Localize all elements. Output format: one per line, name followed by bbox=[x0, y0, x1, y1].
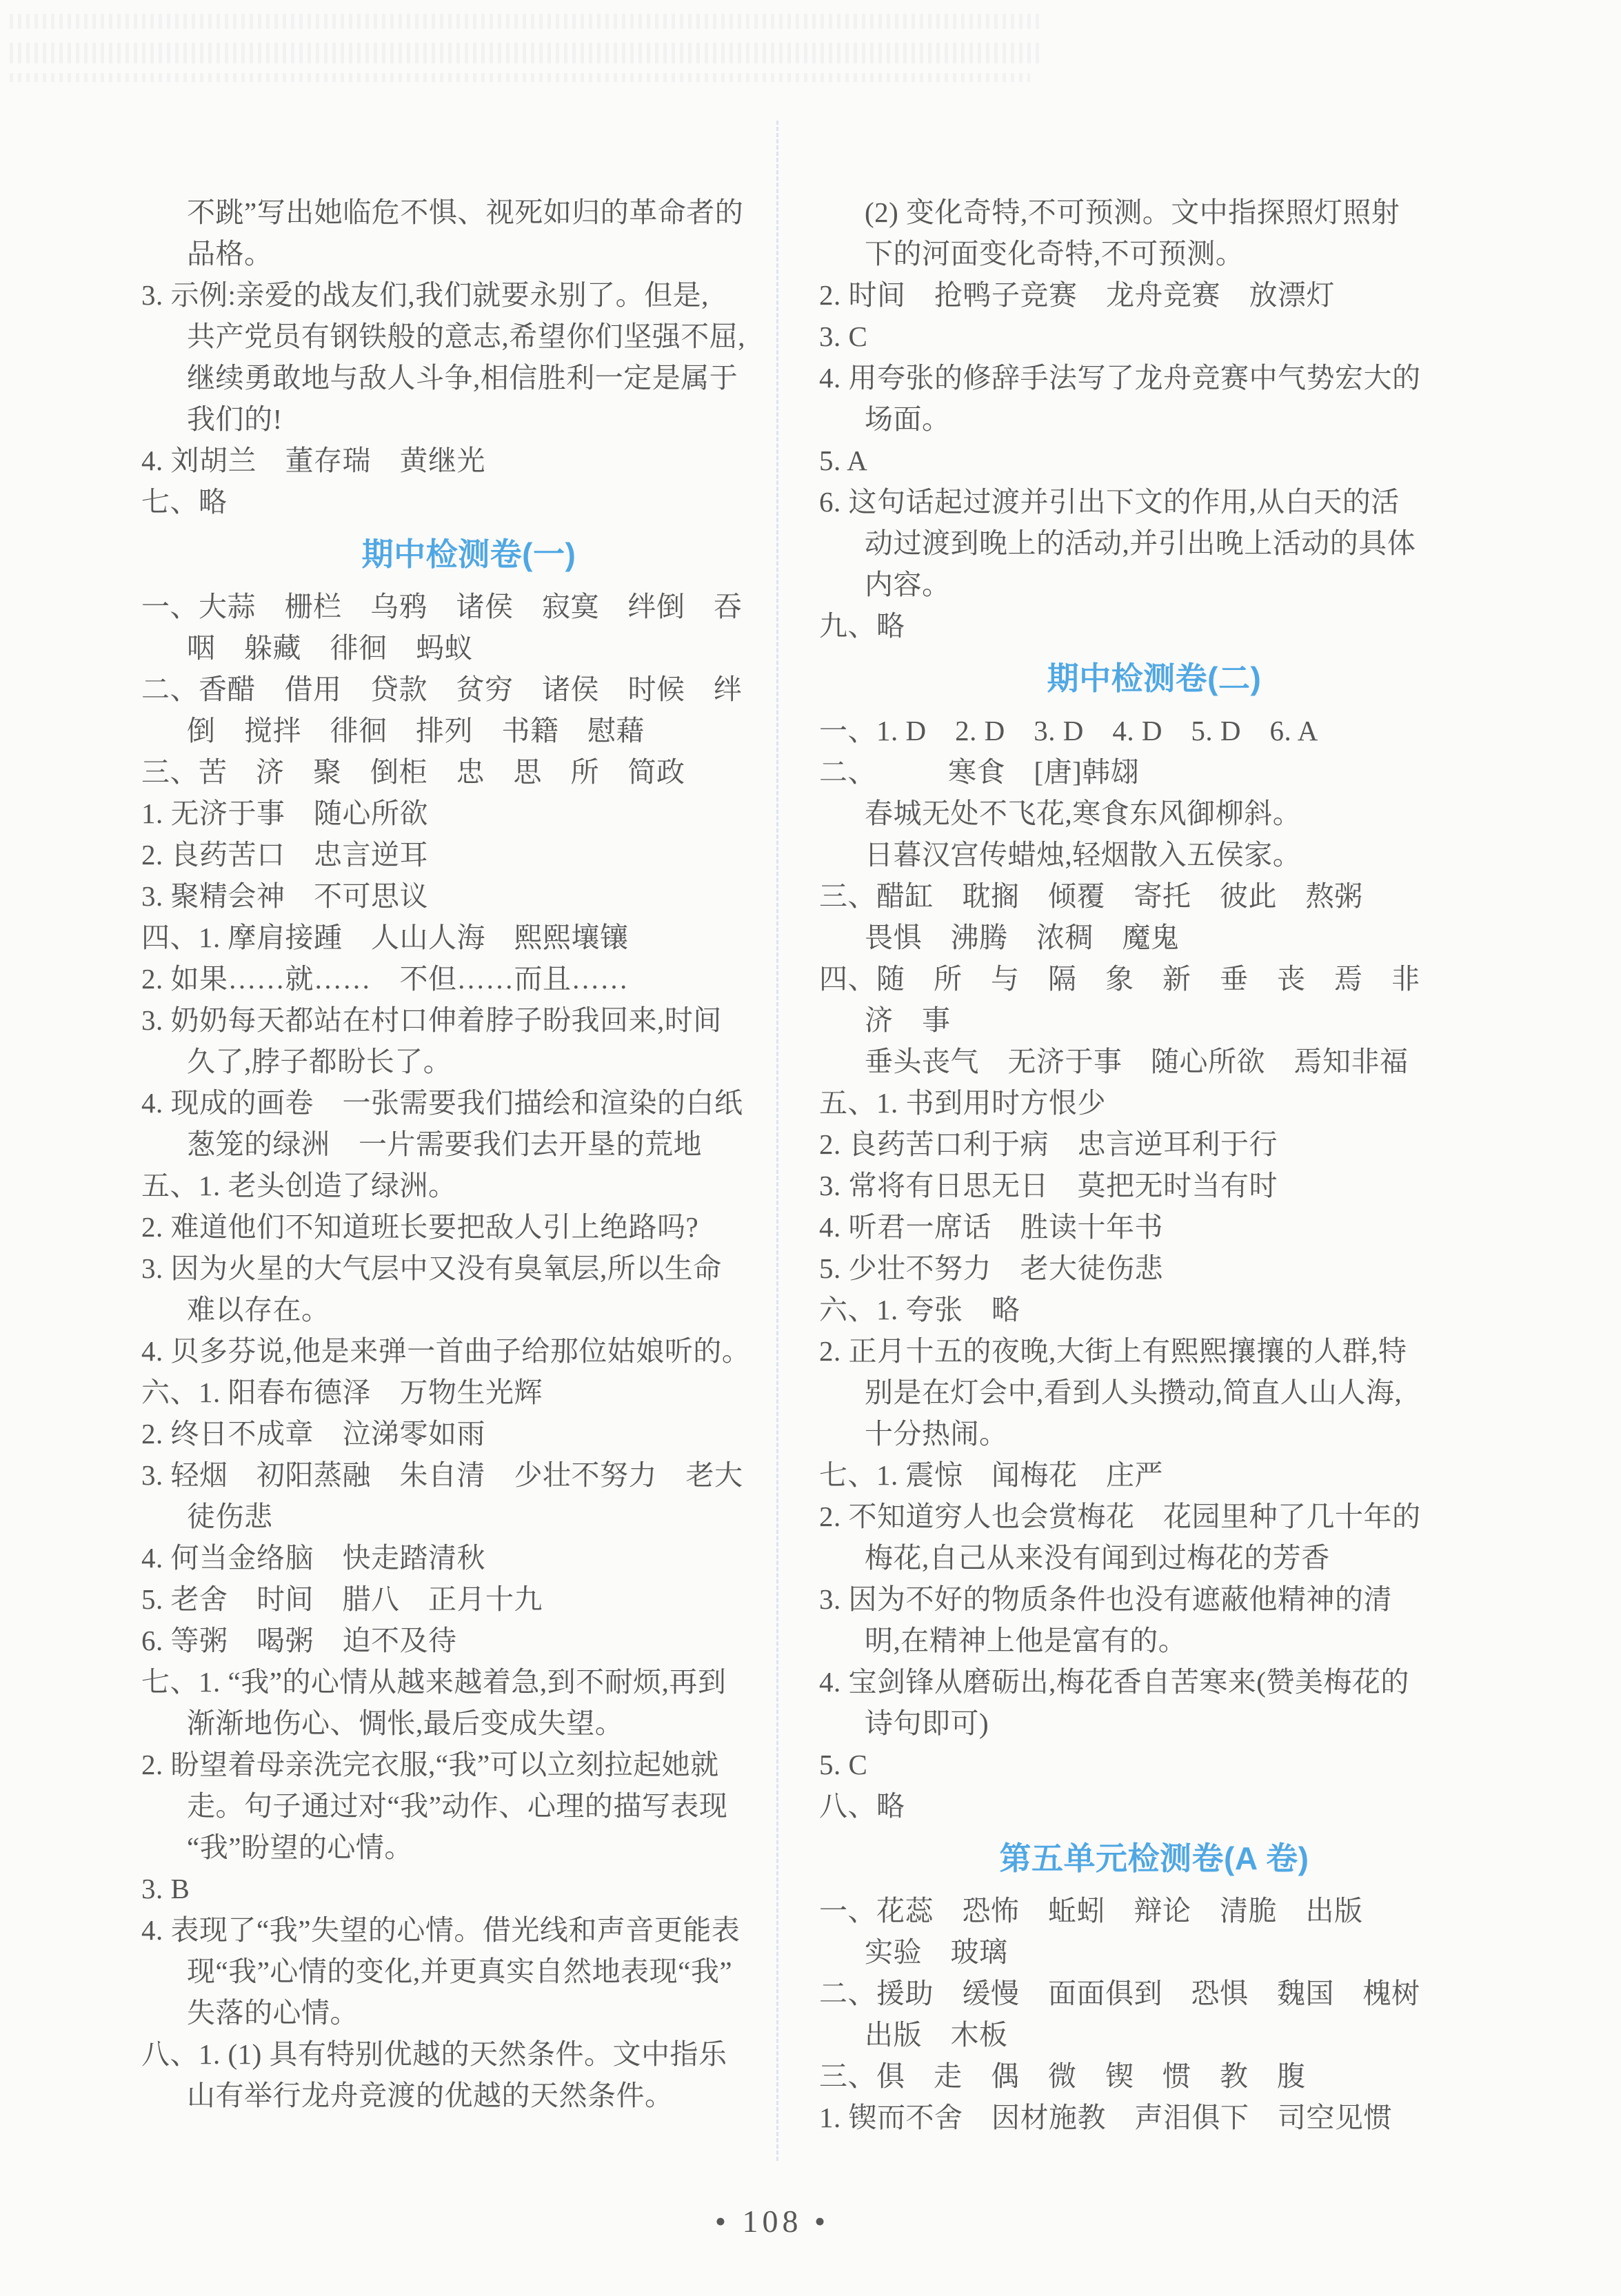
answer-line: 现“我”心情的变化,并更真实自然地表现“我” bbox=[141, 1951, 796, 1992]
answer-line: 走。句子通过对“我”动作、心理的描写表现 bbox=[141, 1785, 796, 1827]
answer-line: 4. 表现了“我”失望的心情。借光线和声音更能表 bbox=[141, 1909, 796, 1951]
answer-line: 五、1. 老头创造了绿洲。 bbox=[141, 1165, 796, 1206]
answer-line: 2. 终日不成章 泣涕零如雨 bbox=[141, 1413, 796, 1454]
answer-line: 一、大蒜 栅栏 乌鸦 诸侯 寂寞 绊倒 吞 bbox=[141, 586, 796, 627]
answer-line: 2. 良药苦口 忠言逆耳 bbox=[141, 834, 796, 875]
section-header: 期中检测卷(一) bbox=[141, 534, 796, 575]
answer-line: 4. 刘胡兰 董存瑞 黄继光 bbox=[141, 440, 796, 481]
answer-line: 久了,脖子都盼长了。 bbox=[141, 1041, 796, 1082]
answer-line: 日暮汉宫传蜡烛,轻烟散入五侯家。 bbox=[819, 834, 1489, 875]
answer-line: 一、1. D 2. D 3. D 4. D 5. D 6. A bbox=[819, 710, 1489, 751]
answer-line: 咽 躲藏 徘徊 蚂蚁 bbox=[141, 627, 796, 669]
answer-line: 4. 听君一席话 胜读十年书 bbox=[819, 1206, 1489, 1248]
answer-line: 2. 良药苦口利于病 忠言逆耳利于行 bbox=[819, 1124, 1489, 1165]
answer-line: 3. 因为火星的大气层中又没有臭氧层,所以生命 bbox=[141, 1248, 796, 1289]
answer-line: 明,在精神上他是富有的。 bbox=[819, 1620, 1489, 1661]
answer-line: 七、略 bbox=[141, 481, 796, 522]
print-bleed-artifact bbox=[10, 43, 1040, 63]
answer-line: 5. 少壮不努力 老大徒伤悲 bbox=[819, 1248, 1489, 1289]
answer-line: 三、俱 走 偶 微 锲 惯 教 腹 bbox=[819, 2055, 1489, 2097]
answer-line: 5. C bbox=[819, 1744, 1489, 1785]
answer-line: 继续勇敢地与敌人斗争,相信胜利一定是属于 bbox=[141, 357, 796, 398]
answer-line: 六、1. 夸张 略 bbox=[819, 1289, 1489, 1330]
answer-line: 2. 正月十五的夜晚,大街上有熙熙攘攘的人群,特 bbox=[819, 1330, 1489, 1372]
answer-line: 3. C bbox=[819, 316, 1489, 357]
answer-line: 2. 盼望着母亲洗完衣服,“我”可以立刻拉起她就 bbox=[141, 1744, 796, 1785]
answer-line: 3. 轻烟 初阳蒸融 朱自清 少壮不努力 老大 bbox=[141, 1454, 796, 1496]
answer-line: 6. 这句话起过渡并引出下文的作用,从白天的活 bbox=[819, 481, 1489, 522]
answer-line: 四、1. 摩肩接踵 人山人海 熙熙壤镶 bbox=[141, 917, 796, 958]
answer-line: 3. 因为不好的物质条件也没有遮蔽他精神的清 bbox=[819, 1578, 1489, 1620]
answer-line: 我们的! bbox=[141, 398, 796, 440]
answer-line: 五、1. 书到用时方恨少 bbox=[819, 1082, 1489, 1124]
answer-line: 八、略 bbox=[819, 1785, 1489, 1827]
answer-line: “我”盼望的心情。 bbox=[141, 1827, 796, 1868]
print-bleed-artifact bbox=[10, 14, 1040, 29]
answer-line: 难以存在。 bbox=[141, 1289, 796, 1330]
answer-line: 3. 常将有日思无日 莫把无时当有时 bbox=[819, 1165, 1489, 1206]
answer-line: 2. 如果……就…… 不但……而且…… bbox=[141, 958, 796, 999]
answer-line: 3. 聚精会神 不可思议 bbox=[141, 875, 796, 917]
answer-line: 二、香醋 借用 贷款 贫穷 诸侯 时候 绊 bbox=[141, 669, 796, 710]
answer-line: 梅花,自己从来没有闻到过梅花的芳香 bbox=[819, 1537, 1489, 1578]
answer-line: 3. 奶奶每天都站在村口伸着脖子盼我回来,时间 bbox=[141, 999, 796, 1041]
answer-line: 3. 示例:亲爱的战友们,我们就要永别了。但是, bbox=[141, 274, 796, 316]
answer-line: 别是在灯会中,看到人头攒动,简直人山人海, bbox=[819, 1372, 1489, 1413]
answer-line: 山有举行龙舟竞渡的优越的天然条件。 bbox=[141, 2075, 796, 2116]
answer-line: 垂头丧气 无济于事 随心所欲 焉知非福 bbox=[819, 1041, 1489, 1082]
answer-line: (2) 变化奇特,不可预测。文中指探照灯照射 bbox=[819, 192, 1489, 233]
answer-line: 实验 玻璃 bbox=[819, 1931, 1489, 1973]
answer-line: 八、1. (1) 具有特别优越的天然条件。文中指乐 bbox=[141, 2033, 796, 2075]
answer-line: 一、花蕊 恐怖 蚯蚓 辩论 清脆 出版 bbox=[819, 1890, 1489, 1931]
answer-line: 渐渐地伤心、惆怅,最后变成失望。 bbox=[141, 1703, 796, 1744]
answer-line: 5. A bbox=[819, 440, 1489, 481]
answer-line: 倒 搅拌 徘徊 排列 书籍 慰藉 bbox=[141, 710, 796, 751]
answer-line: 4. 宝剑锋从磨砺出,梅花香自苦寒来(赞美梅花的 bbox=[819, 1661, 1489, 1703]
answer-line: 六、1. 阳春布德泽 万物生光辉 bbox=[141, 1372, 796, 1413]
answer-line: 七、1. “我”的心情从越来越着急,到不耐烦,再到 bbox=[141, 1661, 796, 1703]
answer-line: 5. 老舍 时间 腊八 正月十九 bbox=[141, 1578, 796, 1620]
answer-line: 九、略 bbox=[819, 605, 1489, 647]
answer-line: 下的河面变化奇特,不可预测。 bbox=[819, 233, 1489, 274]
answer-line: 3. B bbox=[141, 1868, 796, 1909]
answer-line: 失落的心情。 bbox=[141, 1992, 796, 2033]
answer-line: 二、 寒食 [唐]韩翃 bbox=[819, 751, 1489, 793]
answer-line: 徒伤悲 bbox=[141, 1496, 796, 1537]
answer-line: 三、苦 济 聚 倒柜 忠 思 所 简政 bbox=[141, 751, 796, 793]
answer-line: 4. 现成的画卷 一张需要我们描绘和渲染的白纸 bbox=[141, 1082, 796, 1124]
answer-line: 葱笼的绿洲 一片需要我们去开垦的荒地 bbox=[141, 1124, 796, 1165]
answer-line: 2. 时间 抢鸭子竞赛 龙舟竞赛 放漂灯 bbox=[819, 274, 1489, 316]
answers-column-left: 不跳”写出她临危不惧、视死如归的革命者的品格。3. 示例:亲爱的战友们,我们就要… bbox=[141, 192, 796, 2116]
section-header: 期中检测卷(二) bbox=[819, 658, 1489, 699]
answer-line: 4. 贝多芬说,他是来弹一首曲子给那位姑娘听的。 bbox=[141, 1330, 796, 1372]
answer-line: 七、1. 震惊 闻梅花 庄严 bbox=[819, 1454, 1489, 1496]
answer-line: 三、醋缸 耽搁 倾覆 寄托 彼此 熬粥 bbox=[819, 875, 1489, 917]
answer-line: 四、随 所 与 隔 象 新 垂 丧 焉 非 bbox=[819, 958, 1489, 999]
page-number: • 108 • bbox=[0, 2203, 1544, 2239]
answer-line: 动过渡到晚上的活动,并引出晚上活动的具体 bbox=[819, 522, 1489, 564]
answer-line: 十分热闹。 bbox=[819, 1413, 1489, 1454]
answer-line: 不跳”写出她临危不惧、视死如归的革命者的 bbox=[141, 192, 796, 233]
answer-line: 2. 不知道穷人也会赏梅花 花园里种了几十年的 bbox=[819, 1496, 1489, 1537]
answer-line: 二、援助 缓慢 面面俱到 恐惧 魏国 槐树 bbox=[819, 1973, 1489, 2014]
answer-line: 4. 用夸张的修辞手法写了龙舟竞赛中气势宏大的 bbox=[819, 357, 1489, 398]
answer-line: 场面。 bbox=[819, 398, 1489, 440]
answer-line: 出版 木板 bbox=[819, 2014, 1489, 2055]
answer-line: 1. 无济于事 随心所欲 bbox=[141, 793, 796, 834]
answers-column-right: (2) 变化奇特,不可预测。文中指探照灯照射下的河面变化奇特,不可预测。2. 时… bbox=[819, 192, 1489, 2138]
answer-line: 品格。 bbox=[141, 233, 796, 274]
answer-line: 济 事 bbox=[819, 999, 1489, 1041]
answer-line: 畏惧 沸腾 浓稠 魔鬼 bbox=[819, 917, 1489, 958]
answer-line: 共产党员有钢铁般的意志,希望你们坚强不屈, bbox=[141, 316, 796, 357]
answer-line: 2. 难道他们不知道班长要把敌人引上绝路吗? bbox=[141, 1206, 796, 1248]
answer-line: 4. 何当金络脑 快走踏清秋 bbox=[141, 1537, 796, 1578]
answer-line: 春城无处不飞花,寒食东风御柳斜。 bbox=[819, 793, 1489, 834]
answer-key-page: 不跳”写出她临危不惧、视死如归的革命者的品格。3. 示例:亲爱的战友们,我们就要… bbox=[0, 0, 1621, 2296]
print-bleed-artifact bbox=[10, 73, 1030, 82]
answer-line: 6. 等粥 喝粥 迫不及待 bbox=[141, 1620, 796, 1661]
answer-line: 1. 锲而不舍 因材施教 声泪俱下 司空见惯 bbox=[819, 2097, 1489, 2138]
answer-line: 内容。 bbox=[819, 564, 1489, 605]
section-header: 第五单元检测卷(A 卷) bbox=[819, 1838, 1489, 1879]
answer-line: 诗句即可) bbox=[819, 1703, 1489, 1744]
